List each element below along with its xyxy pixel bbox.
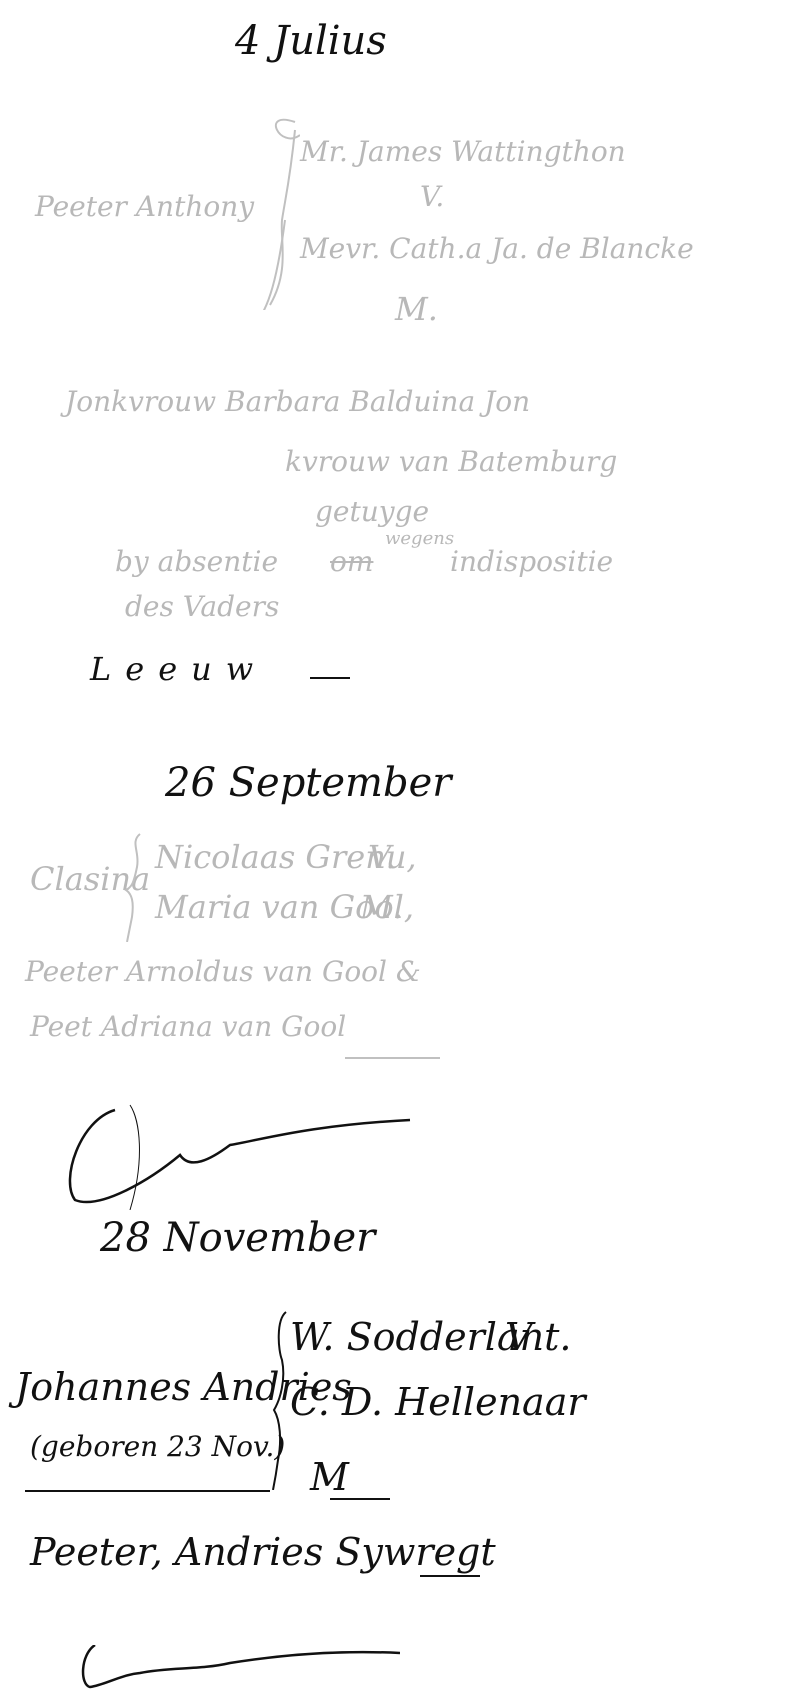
- entry-1-brace-icon: [190, 110, 300, 310]
- entry-1-mother-mark: M.: [395, 290, 438, 328]
- entry-3-signature-flourish-icon: [80, 1645, 400, 1695]
- entry-1-father-mark: V.: [420, 180, 444, 213]
- entry-1-note-part-b: indispositie: [450, 545, 613, 578]
- entry-3-mother-rule: [330, 1498, 390, 1500]
- entry-1-note-part-a: by absentie: [115, 545, 278, 578]
- entry-2-brace-icon: [122, 832, 152, 942]
- entry-3-date: 28 November: [100, 1215, 375, 1261]
- entry-3-mother-mark: M: [310, 1455, 349, 1499]
- entry-2-witness-line2: Peet Adriana van Gool: [30, 1010, 346, 1043]
- entry-2-mother-mark: M.: [360, 888, 403, 926]
- entry-1-note-line2: des Vaders: [125, 590, 279, 623]
- entry-1-witness-role: getuyge: [315, 495, 429, 528]
- entry-1-father: Mr. James Wattingthon: [300, 135, 626, 168]
- entry-1-witness-line1: Jonkvrouw Barbara Balduina Jon: [65, 385, 530, 418]
- entry-1-witness-line2: kvrouw van Batemburg: [285, 445, 617, 478]
- entry-1-note-insert: wegens: [385, 528, 454, 549]
- entry-1-mother: Mevr. Cath.a Ja. de Blancke: [300, 232, 694, 265]
- entry-3-mother: C. D. Hellenaar: [290, 1380, 586, 1424]
- entry-1-signature: Leeuw: [90, 650, 267, 688]
- entry-3-child-underline: [25, 1490, 270, 1492]
- entry-3-witness-line1: Peeter, Andries Sywregt: [30, 1530, 496, 1574]
- entry-2-witness-line1: Peeter Arnoldus van Gool &: [25, 955, 421, 988]
- entry-1-date: 4 Julius: [235, 18, 387, 64]
- entry-3-father-mark: V: [505, 1315, 532, 1359]
- entry-2-date: 26 September: [165, 760, 451, 806]
- entry-3-child-note: (geboren 23 Nov.): [30, 1430, 285, 1463]
- entry-1-signature-rule: [310, 677, 350, 679]
- entry-1-note-struck: om: [330, 545, 373, 578]
- entry-2-signature-flourish-icon: [60, 1100, 420, 1210]
- entry-2-witness-rule: [345, 1057, 440, 1059]
- entry-2-father-mark: V.: [368, 838, 396, 876]
- entry-3-witness-rule: [420, 1575, 480, 1577]
